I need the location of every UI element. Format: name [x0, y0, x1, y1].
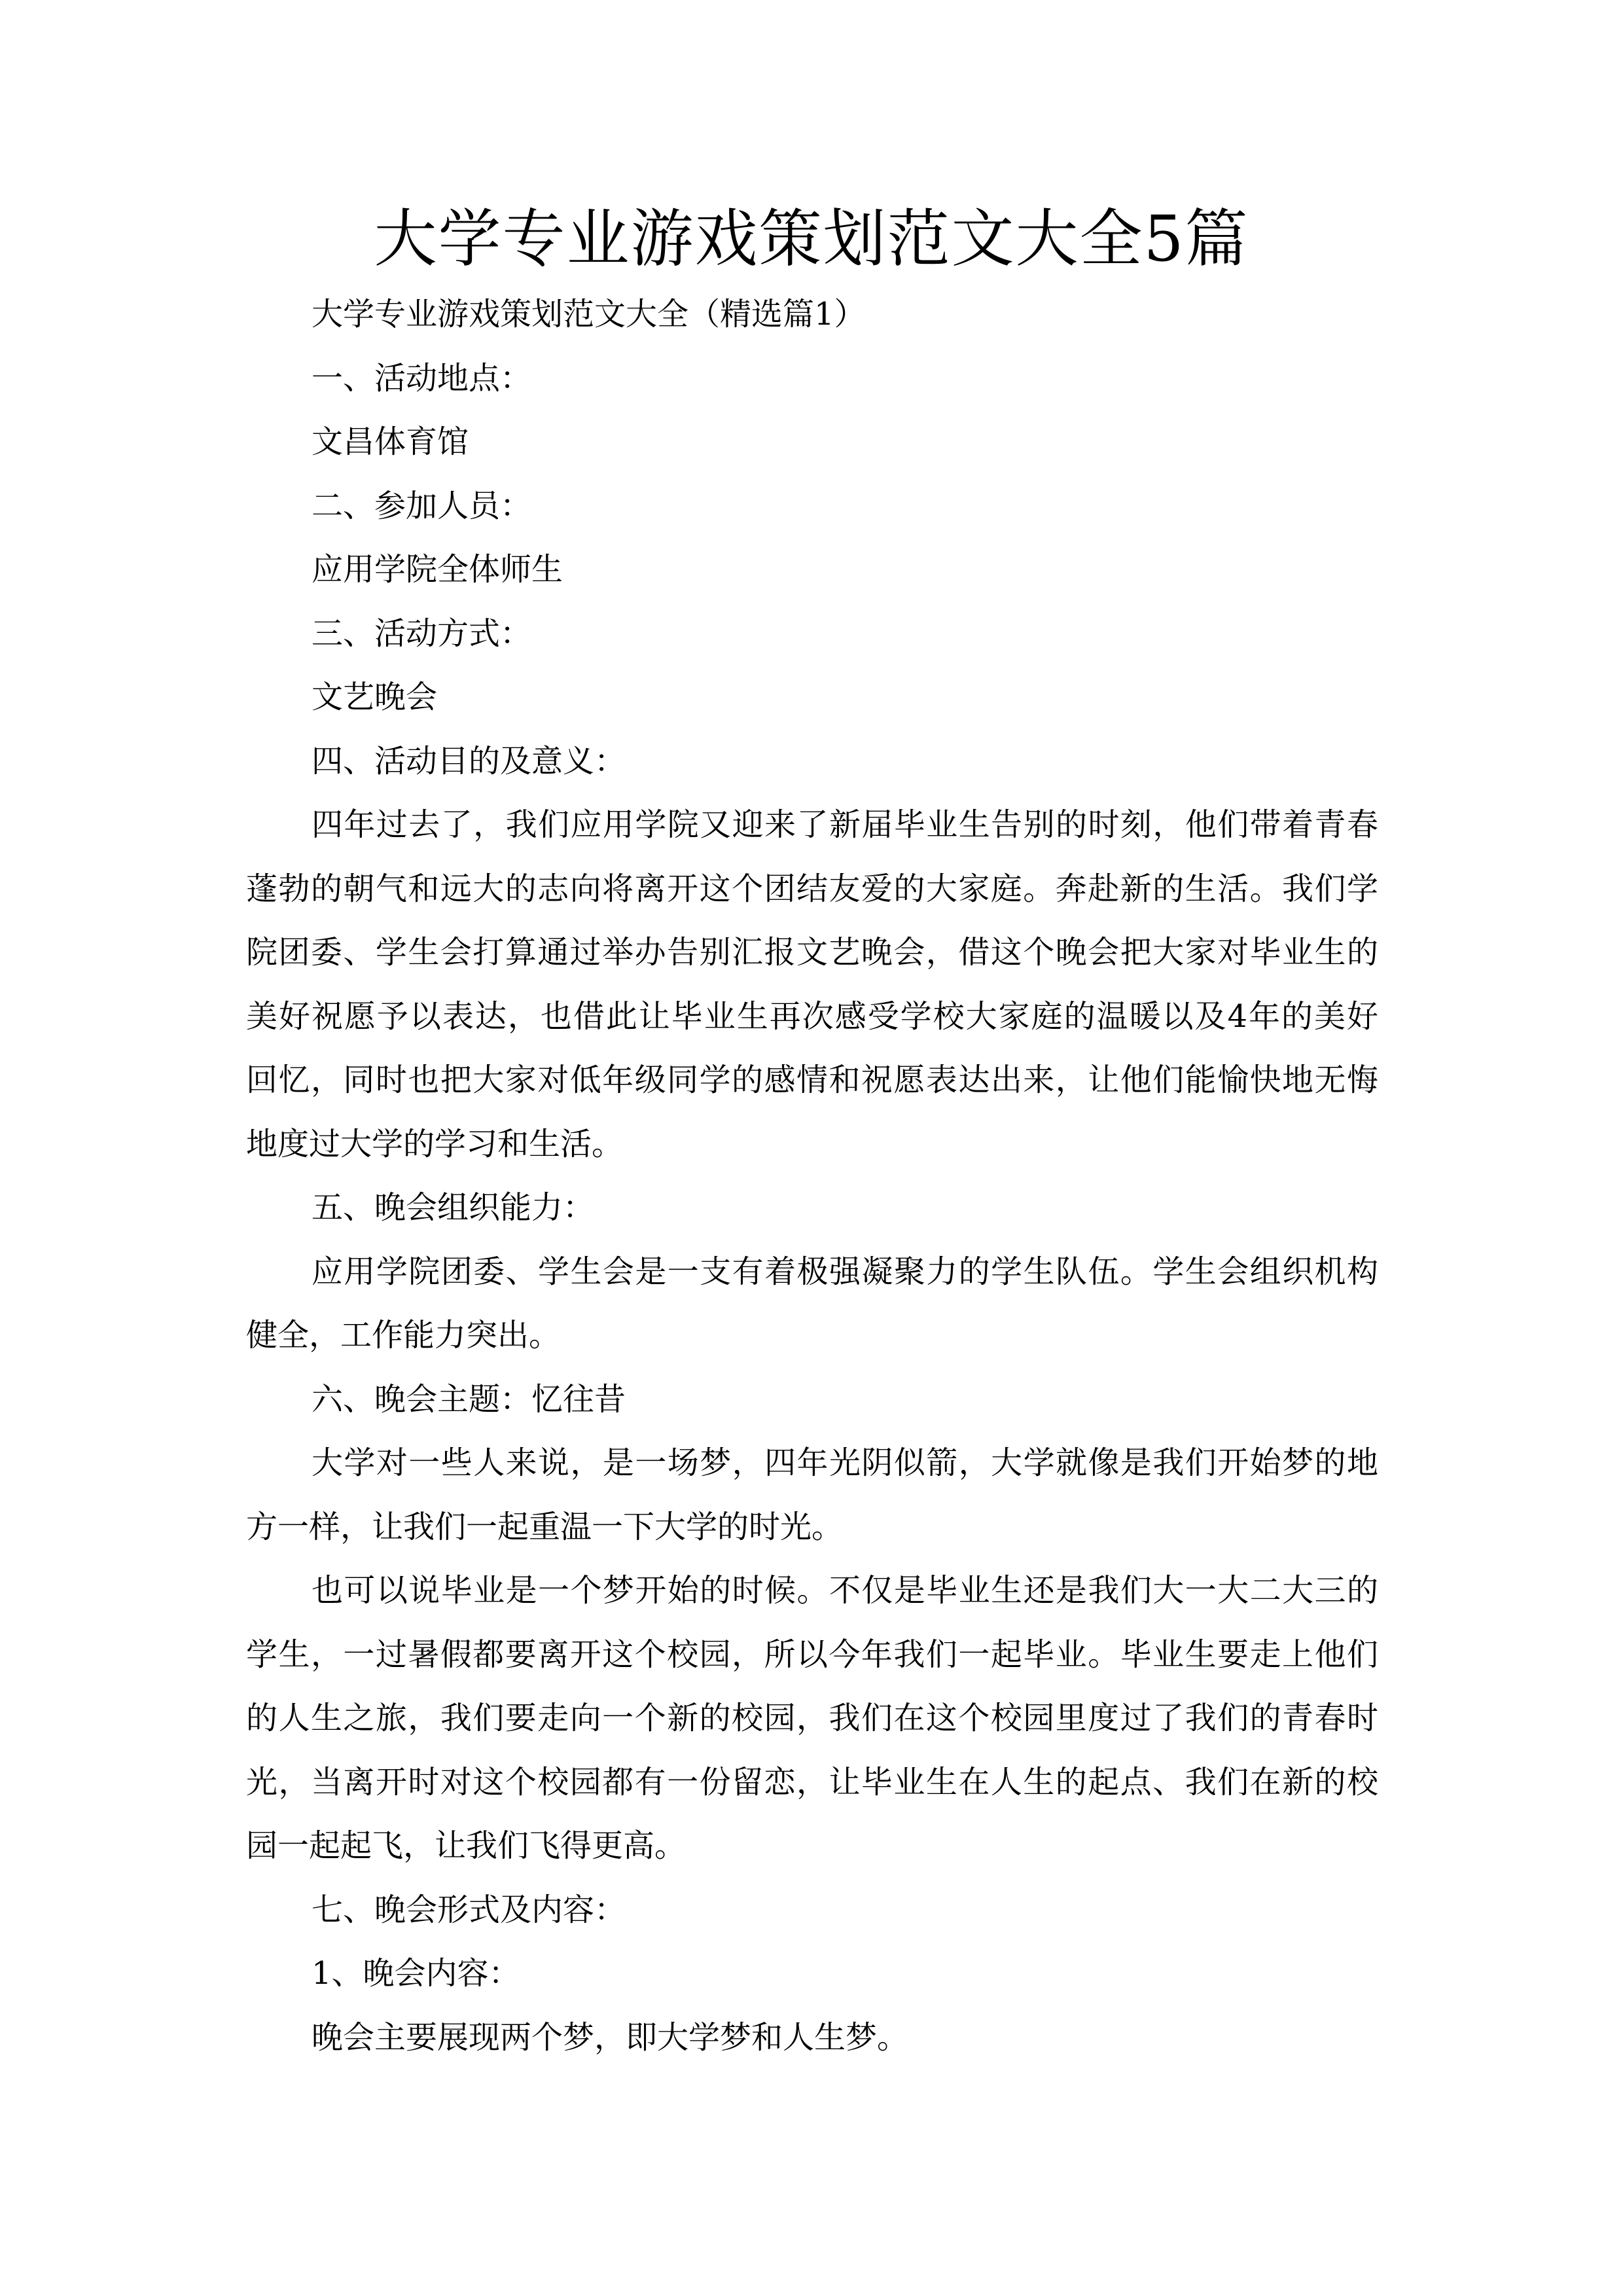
paragraph-line: 方一样，让我们一起重温一下大学的时光。 [246, 1507, 843, 1547]
document-title: 大学专业游戏策划范文大全5篇 [0, 196, 1623, 281]
heading-format: 三、活动方式： [312, 614, 531, 653]
paragraph-line: 健全，工作能力突出。 [246, 1316, 560, 1355]
format-value: 文艺晚会 [312, 677, 437, 717]
section-subtitle: 大学专业游戏策划范文大全（精选篇1） [312, 295, 866, 334]
location-value: 文昌体育馆 [312, 422, 469, 461]
paragraph-line: 也可以说毕业是一个梦开始的时候。不仅是毕业生还是我们大一大二大三的 [312, 1571, 1378, 1610]
participants-value: 应用学院全体师生 [312, 550, 563, 589]
heading-participants: 二、参加人员： [312, 486, 531, 526]
paragraph-line: 地度过大学的学习和生活。 [246, 1124, 623, 1164]
document-page: 大学专业游戏策划范文大全5篇 大学专业游戏策划范文大全（精选篇1） 一、活动地点… [0, 0, 1623, 2296]
subheading-content: 1、晚会内容： [312, 1954, 520, 1993]
heading-ability: 五、晚会组织能力： [312, 1188, 594, 1227]
paragraph-line: 园一起起飞，让我们飞得更高。 [246, 1826, 686, 1865]
paragraph-line: 学生，一过暑假都要离开这个校园，所以今年我们一起毕业。毕业生要走上他们 [246, 1635, 1378, 1674]
paragraph-line: 美好祝愿予以表达，也借此让毕业生再次感受学校大家庭的温暖以及4年的美好 [246, 997, 1378, 1036]
heading-program: 七、晚会形式及内容： [312, 1890, 626, 1929]
paragraph-line: 光，当离开时对这个校园都有一份留恋，让毕业生在人生的起点、我们在新的校 [246, 1763, 1378, 1802]
paragraph-line: 回忆，同时也把大家对低年级同学的感情和祝愿表达出来，让他们能愉快地无悔 [246, 1060, 1378, 1100]
heading-theme: 六、晚会主题：忆往昔 [312, 1380, 626, 1419]
paragraph-line: 大学对一些人来说，是一场梦，四年光阴似箭，大学就像是我们开始梦的地 [312, 1443, 1378, 1482]
paragraph-line: 院团委、学生会打算通过举办告别汇报文艺晚会，借这个晚会把大家对毕业生的 [246, 933, 1378, 972]
paragraph-line: 四年过去了，我们应用学院又迎来了新届毕业生告别的时刻，他们带着青春 [312, 805, 1378, 844]
paragraph-line: 晚会主要展现两个梦，即大学梦和人生梦。 [312, 2018, 908, 2057]
paragraph-line: 蓬勃的朝气和远大的志向将离开这个团结友爱的大家庭。奔赴新的生活。我们学 [246, 869, 1378, 908]
heading-location: 一、活动地点： [312, 359, 531, 398]
paragraph-line: 的人生之旅，我们要走向一个新的校园，我们在这个校园里度过了我们的青春时 [246, 1698, 1378, 1738]
heading-purpose: 四、活动目的及意义： [312, 742, 626, 781]
paragraph-line: 应用学院团委、学生会是一支有着极强凝聚力的学生队伍。学生会组织机构 [312, 1252, 1378, 1291]
